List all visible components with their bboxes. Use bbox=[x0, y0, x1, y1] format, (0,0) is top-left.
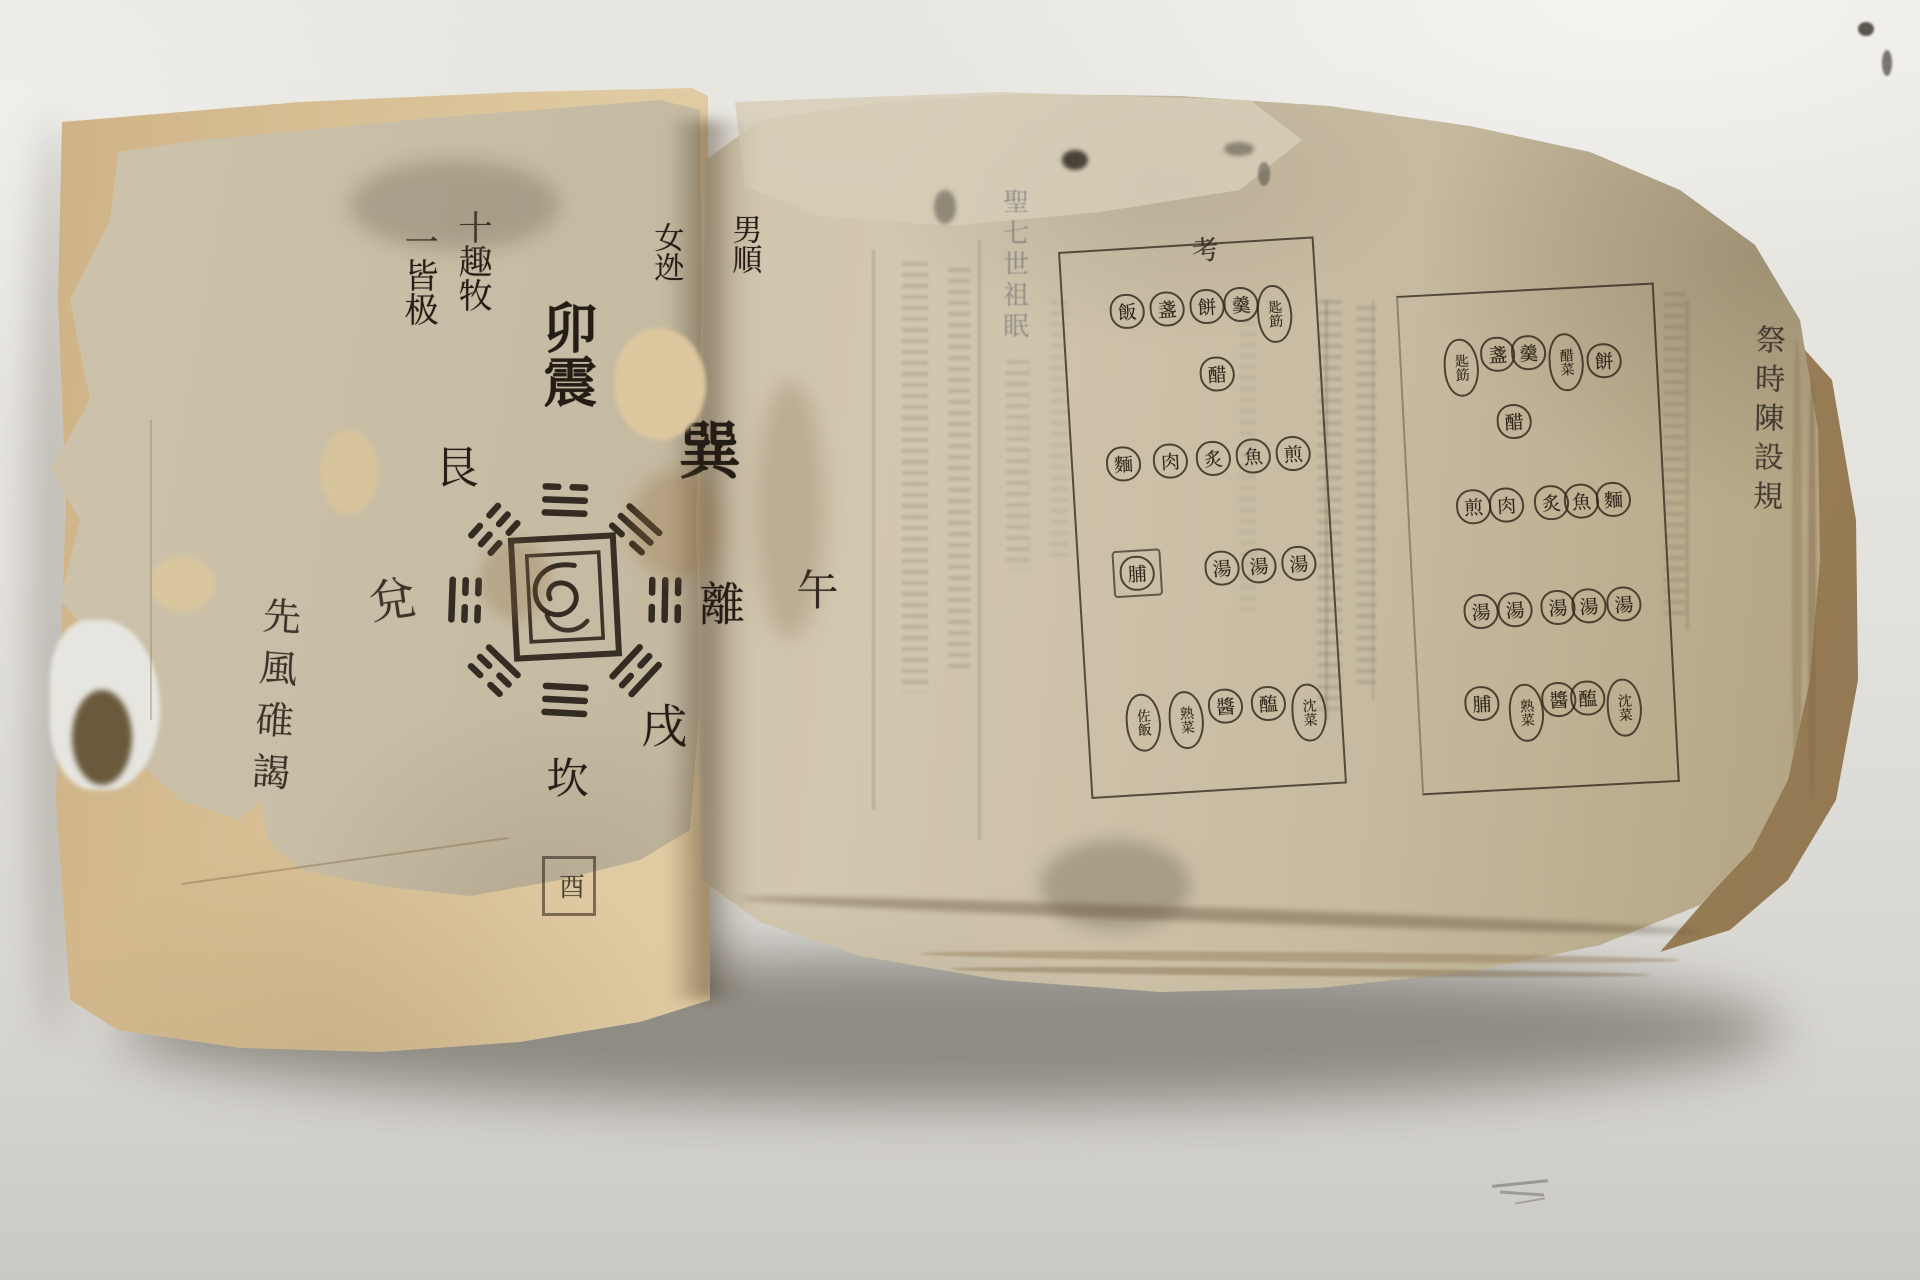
offering-dish-circle: 煎 bbox=[1455, 488, 1492, 525]
bleed-text bbox=[1664, 292, 1686, 622]
tear-hole bbox=[150, 556, 216, 612]
photo-open-manuscript: 男順 女迯 十趣牧 一皆极 卯震 巽 艮 兌 離 午 戌 坎 酉 先風碓謁 考 … bbox=[0, 0, 1920, 1280]
offering-dish-circle: 醢 bbox=[1250, 685, 1287, 722]
bleed-text bbox=[1318, 300, 1342, 710]
stain bbox=[755, 380, 825, 640]
annotation-column: 女迯 bbox=[648, 222, 683, 282]
offering-dish-circle: 湯 bbox=[1204, 550, 1241, 587]
bagua-diagram bbox=[380, 418, 750, 788]
offering-dish-circle: 醋菜 bbox=[1547, 332, 1585, 392]
offering-dish-circle: 飯 bbox=[1109, 293, 1146, 330]
offering-dish-circle: 醢 bbox=[1569, 680, 1606, 717]
fold-line bbox=[872, 250, 875, 810]
pencil-inscription: 聖七世祖眠 bbox=[998, 188, 1029, 343]
fold-line bbox=[978, 240, 981, 840]
offering-dish-circle: 湯 bbox=[1497, 591, 1534, 628]
bleed-text bbox=[948, 268, 970, 668]
offering-dish-circle: 麵 bbox=[1105, 445, 1142, 482]
boxed-mark: 酉 bbox=[542, 856, 596, 916]
bleed-text bbox=[1240, 310, 1256, 610]
offering-dish-circle: 醋 bbox=[1496, 403, 1533, 440]
offering-dish-circle: 羹 bbox=[1510, 334, 1547, 371]
stain bbox=[480, 540, 550, 620]
tear-hole bbox=[614, 328, 706, 440]
stack-line bbox=[1792, 340, 1802, 820]
offering-dish-circle: 湯 bbox=[1606, 586, 1643, 623]
offering-dish-circle: 肉 bbox=[1488, 487, 1525, 524]
offering-dish-circle: 醬 bbox=[1207, 688, 1244, 725]
stain bbox=[630, 470, 720, 580]
wall-stain bbox=[1858, 22, 1874, 36]
offering-dish-circle: 匙筯 bbox=[1442, 338, 1480, 398]
offering-dish-circle: 熟菜 bbox=[1507, 683, 1545, 743]
offering-dish-circle: 肉 bbox=[1152, 442, 1189, 479]
bleed-text bbox=[902, 262, 928, 692]
tear-shadow bbox=[72, 690, 132, 785]
ink-smudge bbox=[1258, 162, 1270, 186]
wall-stain bbox=[1882, 50, 1892, 76]
boxed-mark-glyph: 酉 bbox=[554, 873, 585, 899]
offering-dish-circle: 匙筯 bbox=[1255, 284, 1293, 344]
fold-line bbox=[1686, 300, 1689, 630]
offering-table-right: 匙筯盞羹醋菜餅醋煎肉炙魚麵湯湯湯湯湯脯熟菜醬醢沈菜 bbox=[1396, 282, 1680, 795]
bleed-text bbox=[1356, 306, 1376, 686]
ink-smudge bbox=[1224, 142, 1254, 156]
offering-dish-circle: 湯 bbox=[1571, 587, 1608, 624]
offering-dish-circle: 炙 bbox=[1195, 440, 1232, 477]
cursive-inscription: 先風碓謁 bbox=[243, 595, 302, 806]
bleed-text bbox=[1050, 300, 1068, 560]
offering-dish-circle: 熟菜 bbox=[1167, 690, 1205, 750]
stain bbox=[350, 160, 560, 250]
ink-smudge bbox=[1062, 150, 1088, 170]
offering-dish-circle: 湯 bbox=[1280, 545, 1317, 582]
offering-dish-circle: 沈菜 bbox=[1605, 678, 1643, 738]
bagua-label: 卯震 bbox=[534, 300, 598, 408]
offering-dish-circle: 魚 bbox=[1563, 483, 1600, 520]
offering-dish-circle: 醋 bbox=[1199, 355, 1236, 392]
annotation-column: 男順 bbox=[726, 214, 761, 274]
offering-dish-circle: 脯 bbox=[1464, 685, 1501, 722]
offering-dish-circle: 佐飯 bbox=[1124, 693, 1162, 753]
bleed-text bbox=[1006, 360, 1030, 570]
offering-dish-circle: 餅 bbox=[1586, 342, 1623, 379]
offering-dish-circle: 餅 bbox=[1189, 288, 1226, 325]
offering-dish-circle: 脯 bbox=[1119, 555, 1156, 592]
stack-line bbox=[1808, 380, 1816, 800]
page-side-title: 祭時陳設規 bbox=[1746, 324, 1785, 520]
trigram bbox=[448, 576, 482, 623]
tear-hole bbox=[320, 430, 378, 514]
crease bbox=[150, 420, 152, 720]
trigram bbox=[541, 683, 589, 718]
offering-dish-circle: 麵 bbox=[1595, 481, 1632, 518]
ink-smudge bbox=[934, 190, 956, 224]
offering-dish-circle: 湯 bbox=[1463, 593, 1500, 630]
offering-table-left: 飯盞餅羹匙筯醋麵肉炙魚煎脯湯湯湯佐飯熟菜醬醢沈菜 bbox=[1058, 236, 1347, 799]
trigram bbox=[648, 577, 681, 624]
trigram bbox=[541, 483, 588, 517]
offering-dish-circle: 盞 bbox=[1149, 290, 1186, 327]
offering-dish-circle: 煎 bbox=[1275, 435, 1312, 472]
